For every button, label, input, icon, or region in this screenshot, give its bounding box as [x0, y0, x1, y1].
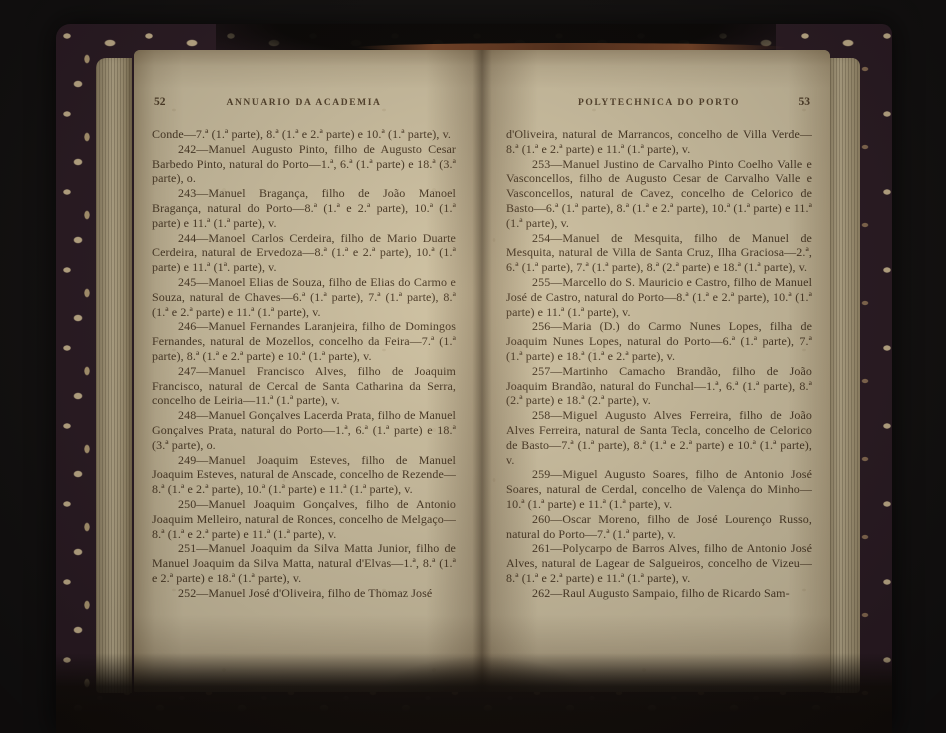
entry-paragraph: 245—Manoel Elias de Souza, filho de Elia…	[152, 275, 456, 319]
entry-paragraph: 260—Oscar Moreno, filho de José Lourenço…	[506, 512, 812, 542]
running-title-right: POLYTECHNICA DO PORTO	[506, 98, 812, 108]
entry-paragraph: 247—Manuel Francisco Alves, filho de Joa…	[152, 364, 456, 408]
entry-paragraph: 253—Manuel Justino de Carvalho Pinto Coe…	[506, 157, 812, 231]
photo-background: 52 ANNUARIO DA ACADEMIA Conde—7.ª (1.ª p…	[0, 0, 946, 733]
entry-paragraph: 261—Polycarpo de Barros Alves, filho de …	[506, 541, 812, 585]
entry-paragraph: 256—Maria (D.) do Carmo Nunes Lopes, fil…	[506, 319, 812, 363]
entry-paragraph: 244—Manoel Carlos Cerdeira, filho de Mar…	[152, 231, 456, 275]
page-left: 52 ANNUARIO DA ACADEMIA Conde—7.ª (1.ª p…	[134, 50, 482, 692]
entry-paragraph: 254—Manuel de Mesquita, filho de Manuel …	[506, 231, 812, 275]
entry-paragraph: 257—Martinho Camacho Brandão, filho de J…	[506, 364, 812, 408]
page-right: POLYTECHNICA DO PORTO 53 d'Oliveira, nat…	[482, 50, 830, 692]
open-page-spread: 52 ANNUARIO DA ACADEMIA Conde—7.ª (1.ª p…	[134, 50, 830, 692]
entry-paragraph: 246—Manuel Fernandes Laranjeira, filho d…	[152, 319, 456, 363]
book: 52 ANNUARIO DA ACADEMIA Conde—7.ª (1.ª p…	[56, 24, 892, 733]
bottom-shadow	[56, 653, 892, 733]
page-number-left: 52	[154, 96, 166, 108]
running-title-left: ANNUARIO DA ACADEMIA	[152, 98, 456, 108]
entry-paragraph: 243—Manuel Bragança, filho de João Manoe…	[152, 186, 456, 230]
entry-paragraph: 262—Raul Augusto Sampaio, filho de Ricar…	[506, 586, 812, 601]
page-body-right: d'Oliveira, natural de Marrancos, concel…	[506, 127, 812, 601]
entry-paragraph: 251—Manuel Joaquim da Silva Matta Junior…	[152, 541, 456, 585]
entry-paragraph: 249—Manuel Joaquim Esteves, filho de Man…	[152, 453, 456, 497]
page-header-right: POLYTECHNICA DO PORTO 53	[506, 98, 812, 112]
entry-paragraph: 255—Marcello do S. Mauricio e Castro, fi…	[506, 275, 812, 319]
page-number-right: 53	[799, 96, 811, 108]
entry-paragraph: 250—Manuel Joaquim Gonçalves, filho de A…	[152, 497, 456, 541]
entry-paragraph: 258—Miguel Augusto Alves Ferreira, filho…	[506, 408, 812, 467]
page-header-left: 52 ANNUARIO DA ACADEMIA	[152, 98, 456, 112]
entry-paragraph: 248—Manuel Gonçalves Lacerda Prata, filh…	[152, 408, 456, 452]
entry-paragraph: d'Oliveira, natural de Marrancos, concel…	[506, 127, 812, 157]
entry-paragraph: 252—Manuel José d'Oliveira, filho de Tho…	[152, 586, 456, 601]
entry-paragraph: 259—Miguel Augusto Soares, filho de Anto…	[506, 467, 812, 511]
entry-paragraph: Conde—7.ª (1.ª parte), 8.ª (1.ª e 2.ª pa…	[152, 127, 456, 142]
page-edge-stack-left	[96, 58, 132, 693]
page-body-left: Conde—7.ª (1.ª parte), 8.ª (1.ª e 2.ª pa…	[152, 127, 456, 601]
entry-paragraph: 242—Manuel Augusto Pinto, filho de Augus…	[152, 142, 456, 186]
